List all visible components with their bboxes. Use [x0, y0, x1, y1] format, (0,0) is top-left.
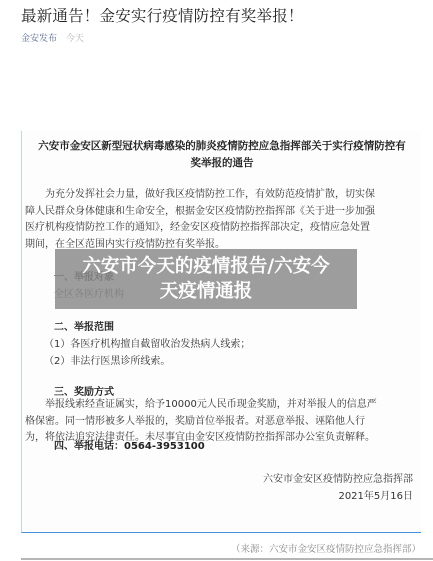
section-2-item: （2）非法行医黑诊所线索。 [44, 352, 170, 367]
notice-title: 六安市金安区新型冠状病毒感染的肺炎疫情防控应急指挥部关于实行疫情防控有 奖举报的… [22, 138, 422, 172]
intro-paragraph: 为充分发挥社会力量，做好我区疫情防控工作，有效防范疫情扩散，切实保 障人民群众身… [25, 187, 415, 253]
signature-org: 六安市金安区疫情防控应急指挥部 [263, 470, 413, 485]
source-note: （来源：六安市金安区疫情防控应急指挥部） [231, 541, 421, 555]
intro-line: 为充分发挥社会力量，做好我区疫情防控工作，有效防范疫情扩散，切实保 [25, 187, 415, 204]
article-source-link[interactable]: 金安发布 [21, 34, 57, 44]
signature-date: 2021年5月16日 [338, 487, 413, 502]
intro-line: 障人民群众身体健康和生命安全，根据金安区疫情防控指挥部《关于进一步加强 [25, 204, 415, 221]
article-time: 今天 [66, 34, 84, 44]
article-meta: 金安发布 今天 [21, 31, 84, 44]
notice-document: 六安市金安区新型冠状病毒感染的肺炎疫情防控应急指挥部关于实行疫情防控有 奖举报的… [21, 131, 421, 533]
section-2-heading: 二、举报范围 [54, 318, 114, 333]
section-3-line: 格保密。同一情形被多人举报的，奖励首位举报者。对恶意举报、诬陷他人行 [25, 414, 415, 431]
section-3-line: 举报线索经查证属实，给予10000元人民币现金奖励，并对举报人的信息严 [25, 397, 415, 414]
notice-title-line-1: 六安市金安区新型冠状病毒感染的肺炎疫情防控应急指挥部关于实行疫情防控有 [22, 138, 422, 155]
article-title: 最新通告！金安实行疫情防控有奖举报！ [21, 4, 304, 26]
section-3-heading: 三、奖励方式 [54, 383, 114, 398]
section-4-heading: 四、举报电话：0564-3953100 [54, 437, 205, 452]
intro-line: 医疗机构疫情防控工作的通知》，经金安区疫情防控指挥部决定，疫情应急处置 [25, 220, 415, 237]
bottom-divider [21, 558, 433, 560]
section-2-item: （1）各医疗机构擅自截留收治发热病人线索； [44, 335, 250, 350]
overlay-line-2: 天疫情通报 [55, 279, 357, 304]
notice-title-line-2: 奖举报的通告 [22, 155, 422, 172]
title-overlay-banner: 六安市今天的疫情报告/六安今 天疫情通报 [55, 249, 357, 309]
overlay-line-1: 六安市今天的疫情报告/六安今 [55, 254, 357, 279]
